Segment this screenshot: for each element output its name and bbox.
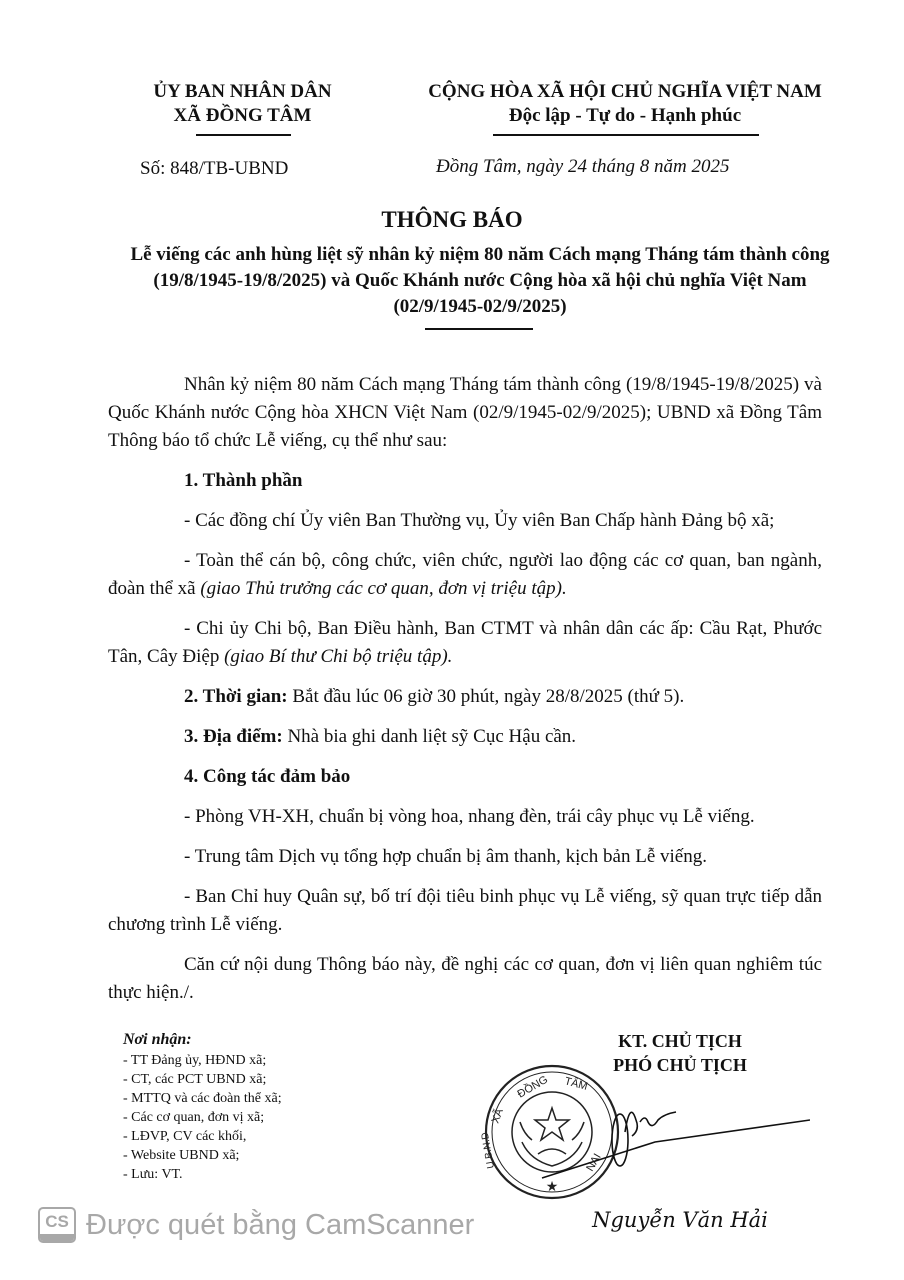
motto-line-2: Độc lập - Tự do - Hạnh phúc — [395, 104, 855, 128]
place-date: Đồng Tâm, ngày 24 tháng 8 năm 2025 — [436, 156, 729, 178]
camscanner-logo-icon: CS — [38, 1207, 76, 1243]
title-underline — [425, 328, 533, 330]
issuer-block: ỦY BAN NHÂN DÂN XÃ ĐỒNG TÂM — [120, 80, 365, 128]
document-subtitle: Lễ viếng các anh hùng liệt sỹ nhân kỷ ni… — [120, 242, 840, 320]
recipient-item: - Các cơ quan, đơn vị xã; — [123, 1108, 282, 1127]
section-1-item: - Các đồng chí Ủy viên Ban Thường vụ, Ủy… — [108, 507, 822, 535]
motto-underline — [493, 134, 759, 136]
official-seal-icon: ★ ĐỒNG TÂM XÃ U.B.N.D NAI — [480, 1066, 618, 1198]
document-number: Số: 848/TB-UBND — [140, 158, 288, 180]
issuer-line-2: XÃ ĐỒNG TÂM — [120, 104, 365, 128]
signer-name: Nguyễn Văn Hải — [560, 1208, 800, 1232]
section-4-item: - Trung tâm Dịch vụ tổng hợp chuẩn bị âm… — [108, 843, 822, 871]
motto-line-1: CỘNG HÒA XÃ HỘI CHỦ NGHĨA VIỆT NAM — [395, 80, 855, 104]
item-note: (giao Thủ trưởng các cơ quan, đơn vị tri… — [200, 578, 566, 599]
section-3: 3. Địa điểm: Nhà bia ghi danh liệt sỹ Cụ… — [108, 723, 822, 751]
camscanner-watermark: CS Được quét bằng CamScanner — [38, 1207, 474, 1243]
document-title: THÔNG BÁO — [0, 207, 904, 233]
recipients-block: Nơi nhận: - TT Đảng ủy, HĐND xã; - CT, c… — [123, 1030, 282, 1184]
section-2-label: 2. Thời gian: — [184, 686, 288, 707]
svg-text:NAI: NAI — [584, 1152, 604, 1174]
svg-text:TÂM: TÂM — [563, 1074, 589, 1093]
national-motto-block: CỘNG HÒA XÃ HỘI CHỦ NGHĨA VIỆT NAM Độc l… — [395, 80, 855, 128]
recipient-item: - Lưu: VT. — [123, 1165, 282, 1184]
section-2: 2. Thời gian: Bắt đầu lúc 06 giờ 30 phút… — [108, 683, 822, 711]
signature-icon — [542, 1112, 810, 1178]
section-1-heading: 1. Thành phần — [108, 467, 822, 495]
official-seal-and-signature: ★ ĐỒNG TÂM XÃ U.B.N.D NAI — [480, 1060, 810, 1210]
recipient-item: - MTTQ và các đoàn thể xã; — [123, 1089, 282, 1108]
document-body: Nhân kỷ niệm 80 năm Cách mạng Tháng tám … — [108, 371, 822, 1019]
closing-paragraph: Căn cứ nội dung Thông báo này, đề nghị c… — [108, 951, 822, 1007]
recipient-item: - TT Đảng ủy, HĐND xã; — [123, 1051, 282, 1070]
section-1-item: - Toàn thể cán bộ, công chức, viên chức,… — [108, 547, 822, 603]
section-4-heading: 4. Công tác đảm bảo — [108, 763, 822, 791]
section-4-item: - Phòng VH-XH, chuẩn bị vòng hoa, nhang … — [108, 803, 822, 831]
recipients-label: Nơi nhận: — [123, 1030, 282, 1049]
issuer-line-1: ỦY BAN NHÂN DÂN — [120, 80, 365, 104]
section-4-item: - Ban Chỉ huy Quân sự, bố trí đội tiêu b… — [108, 883, 822, 939]
recipient-item: - CT, các PCT UBND xã; — [123, 1070, 282, 1089]
item-note: (giao Bí thư Chi bộ triệu tập). — [224, 646, 452, 667]
recipient-item: - Website UBND xã; — [123, 1146, 282, 1165]
recipient-item: - LĐVP, CV các khối, — [123, 1127, 282, 1146]
section-3-label: 3. Địa điểm: — [184, 726, 283, 747]
intro-paragraph: Nhân kỷ niệm 80 năm Cách mạng Tháng tám … — [108, 371, 822, 455]
watermark-text: Được quét bằng CamScanner — [86, 1209, 474, 1242]
issuer-underline — [196, 134, 291, 136]
svg-text:★: ★ — [546, 1180, 559, 1195]
signature-title-line-1: KT. CHỦ TỊCH — [560, 1029, 800, 1053]
section-1-item: - Chi ủy Chi bộ, Ban Điều hành, Ban CTMT… — [108, 615, 822, 671]
